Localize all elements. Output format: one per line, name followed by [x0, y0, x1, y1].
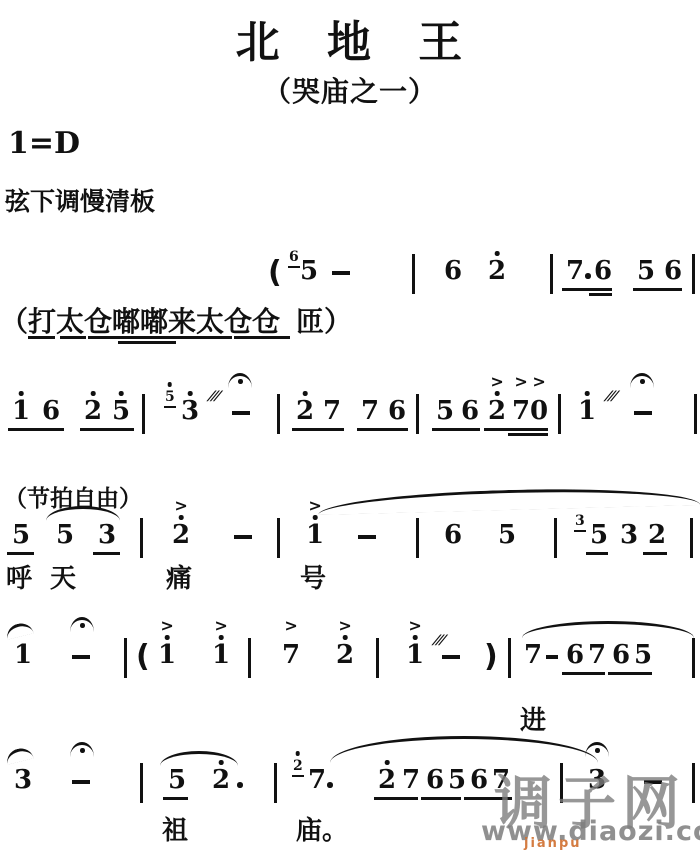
beam-line-icon [80, 428, 134, 431]
beam-line-icon [589, 293, 612, 296]
tie-end-icon [4, 746, 33, 765]
beam-line-icon [432, 428, 480, 431]
accent-icon: > [490, 374, 503, 391]
accent-icon: > [408, 618, 421, 635]
duration-dash-icon [72, 780, 90, 784]
octave-dot-icon [343, 635, 348, 640]
note: 1> [306, 522, 324, 549]
melody-line-1: (65627656 [0, 258, 700, 298]
note: 5 [112, 398, 130, 425]
note: 7> [512, 398, 530, 425]
note: 1 [14, 642, 32, 669]
lyric-text: 天 [50, 558, 76, 595]
octave-dot-icon [188, 391, 193, 396]
fermata-dot [80, 748, 85, 753]
note: 1>/// [406, 642, 424, 669]
augmentation-dot-icon [237, 782, 243, 788]
beam-line-icon [93, 552, 120, 555]
note: 5 [590, 522, 608, 549]
beam-line-icon [357, 428, 408, 431]
augmentation-dot-icon [327, 782, 333, 788]
note: 5 [436, 398, 454, 425]
octave-dot-icon [413, 635, 418, 640]
barline-icon [550, 254, 553, 294]
barline-icon [412, 254, 415, 294]
octave-dot-icon [303, 391, 308, 396]
beam-line-icon [60, 336, 86, 339]
barline-icon [554, 518, 557, 558]
octave-dot-icon [119, 391, 124, 396]
beam-line-icon [292, 428, 344, 431]
parenthesis: ( [136, 639, 150, 674]
note: 7 [588, 642, 606, 669]
barline-icon [140, 518, 143, 558]
octave-dot-icon [296, 751, 301, 756]
note: 6 [426, 767, 444, 794]
beam-line-icon [88, 336, 232, 339]
lyric-text: 呼 [6, 558, 32, 595]
beam-line-icon [234, 336, 290, 339]
note: 6 [444, 522, 462, 549]
melody-line-3: 5532>1>653532 [0, 522, 700, 562]
fermata-dot [238, 379, 243, 384]
accent-icon: > [338, 618, 351, 635]
duration-dash-icon [234, 535, 252, 539]
sheet-music-page: 北 地 王 （哭庙之一） 1=D 弦下调慢清板 (65627656（打太仓嘟嘟来… [0, 0, 700, 854]
beam-line-icon [421, 797, 461, 800]
note: 2 [296, 398, 314, 425]
note: 2 [378, 767, 396, 794]
beam-line-icon [8, 428, 64, 431]
note: 7 [566, 258, 584, 285]
barline-icon [277, 394, 280, 434]
beam-line-icon [7, 552, 34, 555]
note: 7 [361, 398, 379, 425]
slur-arc-icon [160, 751, 238, 766]
octave-dot-icon [313, 515, 318, 520]
octave-dot-icon [19, 391, 24, 396]
fermata-icon [70, 617, 96, 631]
octave-dot-icon [179, 515, 184, 520]
beam-line-icon [484, 428, 548, 431]
percussion-lyric-line: （打太仓嘟嘟来太仓仓匝） [0, 300, 700, 340]
beam-line-icon [28, 336, 55, 339]
tremolo-icon: /// [604, 390, 618, 404]
note: 3 [14, 767, 32, 794]
duration-dash-icon [72, 655, 90, 659]
note: 3/// [181, 398, 199, 425]
lyric-line-1: 呼天痛号 [0, 558, 700, 598]
beam-line-icon [163, 797, 188, 800]
beam-line-icon [586, 552, 608, 555]
tremolo-icon: /// [432, 634, 446, 648]
barline-icon [694, 394, 697, 434]
duration-dash-icon [442, 655, 460, 659]
note: 6 [444, 258, 462, 285]
note: 6 [664, 258, 682, 285]
note: 7 [402, 767, 420, 794]
duration-dash-icon [546, 655, 558, 659]
octave-dot-icon [585, 391, 590, 396]
score: (65627656（打太仓嘟嘟来太仓仓匝）162553///2776562>7>… [0, 0, 700, 854]
duration-dash-icon [232, 411, 250, 415]
note: 1 [12, 398, 30, 425]
beam-line-icon [643, 552, 667, 555]
octave-dot-icon [165, 635, 170, 640]
barline-icon [692, 638, 695, 678]
accent-icon: > [284, 618, 297, 635]
fermata-dot [595, 748, 600, 753]
lyric-line-2: 进 [0, 700, 700, 740]
grace-note: 2 [292, 758, 304, 777]
octave-dot-icon [91, 391, 96, 396]
note: 6 [566, 642, 584, 669]
beam-line-icon [562, 672, 605, 675]
octave-dot-icon [495, 251, 500, 256]
barline-icon [248, 638, 251, 678]
tie-end-icon [4, 621, 33, 640]
grace-note: 3 [574, 513, 586, 532]
lyric-text: （打太仓嘟嘟来太仓仓 [0, 300, 280, 340]
barline-icon [124, 638, 127, 678]
barline-icon [140, 763, 143, 803]
note: 6 [470, 767, 488, 794]
duration-dash-icon [358, 535, 376, 539]
note: 6 [594, 258, 612, 285]
note: 2 [212, 767, 230, 794]
note: 5 [637, 258, 655, 285]
lyric-text: 进 [520, 700, 546, 737]
barline-icon [558, 394, 561, 434]
note: 5 [634, 642, 652, 669]
note: 3 [620, 522, 638, 549]
lyric-text: 号 [300, 558, 326, 595]
note: 2> [488, 398, 506, 425]
barline-icon [692, 763, 695, 803]
note: 2 [648, 522, 666, 549]
watermark-site-url: www.diaozi.com [481, 816, 700, 847]
accent-icon: > [214, 618, 227, 635]
melody-line-2: 162553///2776562>7>0>1/// [0, 398, 700, 438]
note: 1> [158, 642, 176, 669]
barline-icon [416, 518, 419, 558]
note: 7> [282, 642, 300, 669]
fermata-dot [640, 379, 645, 384]
augmentation-dot-icon [585, 273, 591, 279]
note: 7 [323, 398, 341, 425]
note: 0> [530, 398, 548, 425]
melody-line-4: 1(1>1>7>2>1>///)76765 [0, 642, 700, 682]
note: 6 [612, 642, 630, 669]
beam-line-icon [562, 288, 612, 291]
fermata-icon [630, 373, 656, 387]
note: 7 [524, 642, 542, 669]
beam-line-icon [118, 341, 176, 344]
parenthesis: ( [268, 255, 282, 290]
note: 6 [461, 398, 479, 425]
watermark-small-text: jianpu [524, 836, 582, 851]
lyric-text: 匝） [296, 300, 352, 340]
barline-icon [690, 518, 693, 558]
note: 3 [98, 522, 116, 549]
tremolo-icon: /// [207, 390, 221, 404]
barline-icon [376, 638, 379, 678]
note: 5 [12, 522, 30, 549]
grace-note: 6 [288, 249, 300, 268]
barline-icon [277, 518, 280, 558]
octave-dot-icon [168, 382, 173, 387]
barline-icon [508, 638, 511, 678]
lyric-text: 祖 [162, 810, 188, 847]
note: 1/// [578, 398, 596, 425]
octave-dot-icon [219, 635, 224, 640]
lyric-text: 痛 [166, 558, 192, 595]
lyric-text: 庙。 [296, 810, 348, 847]
note: 2> [172, 522, 190, 549]
beam-line-icon [608, 672, 652, 675]
fermata-icon [70, 742, 96, 756]
note: 2 [488, 258, 506, 285]
octave-dot-icon [495, 391, 500, 396]
beam-line-icon [508, 433, 548, 436]
barline-icon [274, 763, 277, 803]
fermata-dot [80, 623, 85, 628]
slur-arc-icon [522, 621, 694, 638]
note: 6 [388, 398, 406, 425]
note: 5 [448, 767, 466, 794]
note: 1> [212, 642, 230, 669]
accent-icon: > [160, 618, 173, 635]
accent-icon: > [532, 374, 545, 391]
accent-icon: > [514, 374, 527, 391]
grace-note: 5 [164, 389, 176, 408]
note: 2> [336, 642, 354, 669]
note: 5 [498, 522, 516, 549]
beam-line-icon [374, 797, 418, 800]
barline-icon [692, 254, 695, 294]
parenthesis: ) [484, 639, 498, 674]
accent-icon: > [174, 498, 187, 515]
duration-dash-icon [634, 411, 652, 415]
barline-icon [142, 394, 145, 434]
note: 6 [42, 398, 60, 425]
note: 5 [56, 522, 74, 549]
barline-icon [416, 394, 419, 434]
note: 5 [168, 767, 186, 794]
beam-line-icon [633, 288, 682, 291]
note: 7 [308, 767, 326, 794]
fermata-icon [228, 373, 254, 387]
note: 2 [84, 398, 102, 425]
fermata-icon [585, 742, 611, 756]
note: 5 [300, 258, 318, 285]
duration-dash-icon [332, 271, 350, 275]
